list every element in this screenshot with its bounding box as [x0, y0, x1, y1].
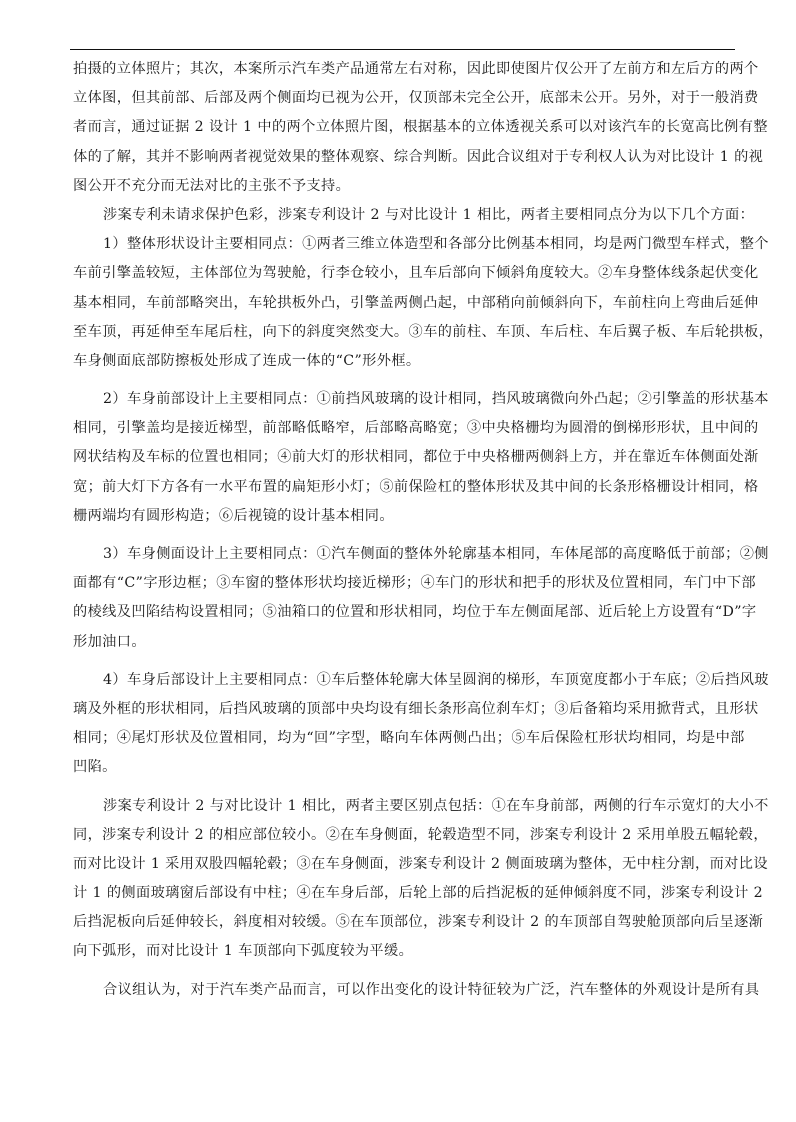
paragraph-panel-opinion: 合议组认为，对于汽车类产品而言，可以作出变化的设计特征较为广泛，汽车整体的外观设…	[73, 976, 737, 1005]
text-line: 计 1 的侧面玻璃窗后部设有中柱；④在车身后部，后轮上部的后挡泥板的延伸倾斜度不…	[73, 879, 737, 908]
text-line: 者而言，通过证据 2 设计 1 中的两个立体照片图，根据基本的立体透视关系可以对…	[73, 113, 737, 142]
paragraph-overall-shape: 1）整体形状设计主要相同点：①两者三维立体造型和各部分比例基本相同，均是两门微型…	[73, 230, 737, 376]
text-line: 向下弧形，而对比设计 1 车顶部向下弧度较为平缓。	[73, 937, 737, 966]
paragraph-similarities-intro: 涉案专利未请求保护色彩，涉案专利设计 2 与对比设计 1 相比，两者主要相同点分…	[73, 201, 737, 230]
text-line: 车前引擎盖较短，主体部位为驾驶舱，行李仓较小，且车后部向下倾斜角度较大。②车身整…	[73, 259, 737, 288]
text-line: 车身侧面底部防擦板处形成了连成一体的“C”形外框。	[73, 347, 737, 376]
text-line: 立体图，但其前部、后部及两个侧面均已视为公开，仅顶部未完全公开，底部未公开。另外…	[73, 84, 737, 113]
text-line: 至车顶，再延伸至车尾后柱，向下的斜度突然变大。③车的前柱、车顶、车后柱、车后翼子…	[73, 318, 737, 347]
text-line: 栅两端均有圆形构造；⑥后视镜的设计基本相同。	[73, 502, 737, 531]
text-line: 相同，引擎盖均是接近梯型，前部略低略窄，后部略高略宽；③中央格栅均为圆滑的倒梯形…	[73, 414, 737, 443]
text-line: 3）车身侧面设计上主要相同点：①汽车侧面的整体外轮廓基本相同，车体尾部的高度略低…	[73, 540, 737, 569]
text-line: 基本相同，车前部略突出，车轮拱板外凸，引擎盖两侧凸起，中部稍向前倾斜向下，车前柱…	[73, 289, 737, 318]
text-line: 图公开不充分而无法对比的主张不予支持。	[73, 172, 737, 201]
header-rule	[70, 49, 735, 50]
text-line: 形加油口。	[73, 628, 737, 657]
paragraph-side-similarities: 3）车身侧面设计上主要相同点：①汽车侧面的整体外轮廓基本相同，车体尾部的高度略低…	[73, 540, 737, 657]
text-line: 1）整体形状设计主要相同点：①两者三维立体造型和各部分比例基本相同，均是两门微型…	[73, 230, 737, 259]
text-line: 凹陷。	[73, 753, 737, 782]
text-line: 涉案专利未请求保护色彩，涉案专利设计 2 与对比设计 1 相比，两者主要相同点分…	[73, 201, 737, 230]
text-line: 体的了解，其并不影响两者视觉效果的整体观察、综合判断。因此合议组对于专利权人认为…	[73, 143, 737, 172]
paragraph-differences: 涉案专利设计 2 与对比设计 1 相比，两者主要区别点包括：①在车身前部，两侧的…	[73, 792, 737, 967]
text-line: 宽；前大灯下方各有一水平布置的扁矩形小灯；⑤前保险杠的整体形状及其中间的长条形格…	[73, 473, 737, 502]
paragraph-view-disclosure: 拍摄的立体照片；其次，本案所示汽车类产品通常左右对称，因此即使图片仅公开了左前方…	[73, 55, 737, 201]
text-line: 拍摄的立体照片；其次，本案所示汽车类产品通常左右对称，因此即使图片仅公开了左前方…	[73, 55, 737, 84]
text-line: 璃及外框的形状相同，后挡风玻璃的顶部中央均设有细长条形高位刹车灯；③后备箱均采用…	[73, 695, 737, 724]
text-line: 合议组认为，对于汽车类产品而言，可以作出变化的设计特征较为广泛，汽车整体的外观设…	[73, 976, 737, 1005]
text-line: 网状结构及车标的位置也相同；④前大灯的形状相同，都位于中央格栅两侧斜上方，并在靠…	[73, 443, 737, 472]
paragraph-rear-similarities: 4）车身后部设计上主要相同点：①车后整体轮廓大体呈圆润的梯形，车顶宽度都小于车底…	[73, 666, 737, 783]
document-body: 拍摄的立体照片；其次，本案所示汽车类产品通常左右对称，因此即使图片仅公开了左前方…	[73, 55, 737, 1005]
text-line: 面都有“C”字形边框；③车窗的整体形状均接近梯形；④车门的形状和把手的形状及位置…	[73, 569, 737, 598]
text-line: 的棱线及凹陷结构设置相同；⑤油箱口的位置和形状相同，均位于车左侧面尾部、近后轮上…	[73, 598, 737, 627]
text-line: 相同；④尾灯形状及位置相同，均为“回”字型，略向车体两侧凸出；⑤车后保险杠形状均…	[73, 724, 737, 753]
text-line: 4）车身后部设计上主要相同点：①车后整体轮廓大体呈圆润的梯形，车顶宽度都小于车底…	[73, 666, 737, 695]
text-line: 后挡泥板向后延伸较长，斜度相对较缓。⑤在车顶部位，涉案专利设计 2 的车顶部自驾…	[73, 908, 737, 937]
paragraph-front-similarities: 2）车身前部设计上主要相同点：①前挡风玻璃的设计相同，挡风玻璃微向外凸起；②引擎…	[73, 385, 737, 531]
text-line: 2）车身前部设计上主要相同点：①前挡风玻璃的设计相同，挡风玻璃微向外凸起；②引擎…	[73, 385, 737, 414]
text-line: 而对比设计 1 采用双股四幅轮毂；③在车身侧面，涉案专利设计 2 侧面玻璃为整体…	[73, 850, 737, 879]
text-line: 同，涉案专利设计 2 的相应部位较小。②在车身侧面，轮毂造型不同，涉案专利设计 …	[73, 821, 737, 850]
text-line: 涉案专利设计 2 与对比设计 1 相比，两者主要区别点包括：①在车身前部，两侧的…	[73, 792, 737, 821]
